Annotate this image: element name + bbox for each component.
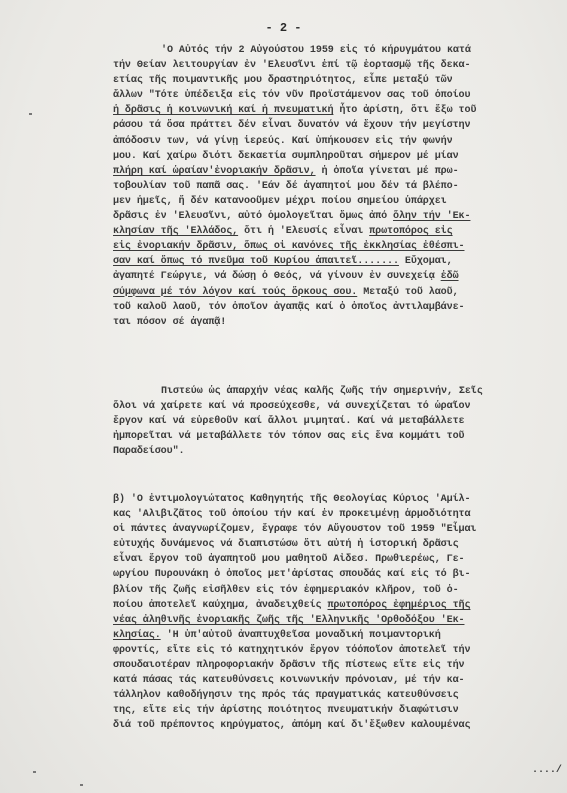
text-line: εἶναι ἔργον τοῦ ἀγαπητοῦ μου μαθητοῦ Αἰδ… [113, 552, 567, 567]
text-segment: Παραδείσου". [113, 446, 185, 457]
paragraph-1: 'Ο Αὐτός τήν 2 Αὐγούστου 1959 εἰς τό κήρ… [113, 43, 567, 330]
text-segment: ἔργον καί νά εὑρεθοῦν καί ἄλλοι μιμηταί.… [113, 416, 464, 427]
text-line: δρᾶσις ἐν 'Ελευσῖνι, αὐτό ὁμολογεῖται ὅμ… [113, 209, 567, 224]
underlined-text: πλήρη καί ὡραίαν'ἐνοριακήν δρᾶσιν, [113, 166, 316, 177]
text-segment: ὅλοι νά χαίρετε καί νά προσεύχεσθε, νά σ… [113, 401, 470, 412]
text-line: ἔργον καί νά εὑρεθοῦν καί ἄλλοι μιμηταί.… [113, 414, 567, 429]
text-line: ποίου ἀποτελεῖ καύχημα, ἀναδειχθείς πρωτ… [113, 598, 567, 613]
text-line: μου. Καί χαίρω διότι δεκαετία συμπληροῦτ… [113, 149, 567, 164]
continuation-mark: ..../ [532, 765, 567, 776]
text-line: τοῦ καλοῦ λαοῦ, τόν ὁποῖον ἀγαπᾷς καί ὁ … [113, 300, 567, 315]
underlined-text: ὅλην τήν 'Εκ- [393, 211, 470, 222]
text-segment: ἄλλων "Τότε ὑπέδειξα εἰς τόν νῦν Προϊστά… [113, 90, 470, 101]
paragraph-3: β) 'Ο ἐντιμολογιώτατος Καθηγητής τῆς Θεο… [113, 492, 567, 734]
text-segment: ράσου τά ὅσα πράττει δέν εἶναι δυνατόν ν… [113, 120, 470, 131]
underlined-text: πρωτοπόρος ἐφημέριος τῆς [327, 600, 470, 611]
text-line: Παραδείσου". [113, 444, 567, 459]
text-segment: Εὔχομαι, [399, 256, 453, 267]
text-segment: ωργίου Πυρουνάκη ὁ ὁποῖος μετ'ἀρίστας σπ… [113, 569, 470, 580]
text-segment: εἶναι ἔργον τοῦ ἀγαπητοῦ μου μαθητοῦ Αἰδ… [113, 554, 464, 565]
text-line: βλίον τῆς ζωῆς εἰσῆλθεν εἰς τόν ἐφημερια… [113, 583, 567, 598]
underlined-text: νέας ἀληθινῆς ἐνοριακῆς ζωῆς τῆς 'Ελληνι… [113, 615, 464, 626]
text-line: ται πόσον σέ ἀγαπᾷ! [113, 315, 567, 330]
text-segment: σπουδαιοτέραν πληροφοριακήν δρᾶσιν τῆς π… [113, 660, 464, 671]
text-line: κατά πάσας τάς κατευθύνσεις κοινωνικήν π… [113, 673, 567, 688]
text-segment: 'Η ὑπ'αὐτοῦ ἀναπτυχθεῖσα μοναδική ποιμαν… [161, 630, 441, 641]
text-segment: φροντίς, εἴτε εἰς τό κατηχητικόν ἔργον τ… [113, 645, 470, 656]
underlined-text: πρωτοπόρος εἰς [369, 226, 452, 237]
text-line: Πιστεύω ὡς ἀπαρχήν νέας καλῆς ζωῆς τήν σ… [113, 384, 567, 399]
text-line: ράσου τά ὅσα πράττει δέν εἶναι δυνατόν ν… [113, 118, 567, 133]
text-segment: ἀπόδοσιν των, νά γίνῃ ἱερεύς. Καί ὑπήκου… [113, 136, 453, 147]
text-segment: της, εἴτε εἰς τήν ἀρίστης ποιότητος πνευ… [113, 705, 459, 716]
text-segment: ἦτο ἀρίστη, ὅτι ἔξω τοῦ [333, 105, 476, 116]
underlined-text: κλησίαν τῆς 'Ελλάδος, [113, 226, 238, 237]
text-segment: 'Ο Αὐτός τήν 2 Αὐγούστου 1959 εἰς τό κήρ… [161, 45, 471, 56]
text-segment: τοβουλίαν τοῦ παπᾶ σας. 'Εάν δέ ἀγαπητοί… [113, 181, 459, 192]
text-segment: δρᾶσις ἐν 'Ελευσῖνι, αὐτό ὁμολογεῖται ὅμ… [113, 211, 393, 222]
text-segment: κατά πάσας τάς κατευθύνσεις κοινωνικήν π… [113, 675, 464, 686]
text-segment: ται πόσον σέ ἀγαπᾷ! [113, 317, 226, 328]
text-segment: ὅτι ἡ 'Ελευσίς εἶναι [238, 226, 369, 237]
text-line: κλησίας. 'Η ὑπ'αὐτοῦ ἀναπτυχθεῖσα μοναδι… [113, 628, 567, 643]
text-line: 'Ο Αὐτός τήν 2 Αὐγούστου 1959 εἰς τό κήρ… [113, 43, 567, 58]
text-line: ὅλοι νά χαίρετε καί νά προσεύχεσθε, νά σ… [113, 399, 567, 414]
text-line: εὐτυχής δυνάμενος νά διαπιστώσω ὅτι αὐτή… [113, 537, 567, 552]
text-segment: ἀγαπητέ Γεώργιε, νά δώσῃ ὁ Θεός, νά γίνο… [113, 271, 441, 282]
text-line: εἰς ἐνοριακήν δρᾶσιν, ὅπως οἱ κανόνες τῆ… [113, 239, 567, 254]
text-segment: β) 'Ο ἐντιμολογιώτατος Καθηγητής τῆς Θεο… [113, 494, 470, 505]
text-line: ἀπόδοσιν των, νά γίνῃ ἱερεύς. Καί ὑπήκου… [113, 134, 567, 149]
text-line: μεν ἡμεῖς, ἤ δέν κατανοοῦμεν μέχρι ποίου… [113, 194, 567, 209]
text-segment: ἠμπορεῖται νά μεταβάλλετε τόν τόπον σας … [113, 431, 464, 442]
page-number: - 2 - [0, 21, 567, 35]
text-segment: βλίον τῆς ζωῆς εἰσῆλθεν εἰς τόν ἐφημερια… [113, 585, 459, 596]
text-segment: εὐτυχής δυνάμενος νά διαπιστώσω ὅτι αὐτή… [113, 539, 459, 550]
text-segment: τήν Θείαν λειτουργίαν ἐν 'Ελευσῖνι ἐπί τ… [113, 60, 470, 71]
paragraph-2: Πιστεύω ὡς ἀπαρχήν νέας καλῆς ζωῆς τήν σ… [113, 384, 567, 459]
text-segment: μεν ἡμεῖς, ἤ δέν κατανοοῦμεν μέχρι ποίου… [113, 196, 447, 207]
text-line: κας 'Αλιβιζᾶτος τοῦ ὁποίου τήν καί ἐν πρ… [113, 507, 567, 522]
text-line: σαν καί ὅπως τό πνεῦμα τοῦ Κυρίου ἀπαιτε… [113, 254, 567, 269]
text-segment: τάλληλον καθοδήγησιν της πρός τάς πραγμα… [113, 690, 459, 701]
text-line: νέας ἀληθινῆς ἐνοριακῆς ζωῆς τῆς 'Ελληνι… [113, 613, 567, 628]
text-line: β) 'Ο ἐντιμολογιώτατος Καθηγητής τῆς Θεο… [113, 492, 567, 507]
text-line: τάλληλον καθοδήγησιν της πρός τάς πραγμα… [113, 688, 567, 703]
text-line: σπουδαιοτέραν πληροφοριακήν δρᾶσιν τῆς π… [113, 658, 567, 673]
text-segment: Μεταξύ τοῦ λαοῦ, [357, 287, 458, 298]
text-segment: ποίου ἀποτελεῖ καύχημα, ἀναδειχθείς [113, 600, 327, 611]
text-line: ἠμπορεῖται νά μεταβάλλετε τόν τόπον σας … [113, 429, 567, 444]
text-line: ωργίου Πυρουνάκη ὁ ὁποῖος μετ'ἀρίστας σπ… [113, 567, 567, 582]
text-line: της, εἴτε εἰς τήν ἀρίστης ποιότητος πνευ… [113, 703, 567, 718]
text-segment: κας 'Αλιβιζᾶτος τοῦ ὁποίου τήν καί ἐν πρ… [113, 509, 470, 520]
text-line: ετίας τῆς ποιμαντικῆς μου δραστηριότητος… [113, 73, 567, 88]
text-segment: ετίας τῆς ποιμαντικῆς μου δραστηριότητος… [113, 75, 453, 86]
text-line: σύμφωνα μέ τόν λόγον καί τούς ὅρκους σου… [113, 285, 567, 300]
underlined-text: κλησίας. [113, 630, 161, 641]
text-line: τοβουλίαν τοῦ παπᾶ σας. 'Εάν δέ ἀγαπητοί… [113, 179, 567, 194]
document-page: - 2 - 'Ο Αὐτός τήν 2 Αὐγούστου 1959 εἰς … [0, 0, 567, 793]
text-segment: μου. Καί χαίρω διότι δεκαετία συμπληροῦτ… [113, 151, 459, 162]
underlined-text: σαν καί ὅπως τό πνεῦμα τοῦ Κυρίου ἀπαιτε… [113, 256, 399, 267]
text-line: οἱ πάντες ἀναγνωρίζομεν, ἔγραφε τόν Αὔγο… [113, 522, 567, 537]
underlined-text: ἡ δρᾶσις ἡ κοινωνική καί ἡ πνευματική [113, 105, 333, 116]
text-segment: οἱ πάντες ἀναγνωρίζομεν, ἔγραφε τόν Αὔγο… [113, 524, 476, 535]
underlined-text: εἰς ἐνοριακήν δρᾶσιν, ὅπως οἱ κανόνες τῆ… [113, 241, 464, 252]
scan-speck [29, 113, 32, 115]
text-line: διά τοῦ πρέποντος κηρύγματος, ἀπόμη καί … [113, 718, 567, 733]
scan-speck [33, 771, 36, 773]
text-segment: τοῦ καλοῦ λαοῦ, τόν ὁποῖον ἀγαπᾷς καί ὁ … [113, 302, 464, 313]
text-line: φροντίς, εἴτε εἰς τό κατηχητικόν ἔργον τ… [113, 643, 567, 658]
text-line: ἡ δρᾶσις ἡ κοινωνική καί ἡ πνευματική ἦτ… [113, 103, 567, 118]
text-line: τήν Θείαν λειτουργίαν ἐν 'Ελευσῖνι ἐπί τ… [113, 58, 567, 73]
text-line: πλήρη καί ὡραίαν'ἐνοριακήν δρᾶσιν, ἡ ὁπο… [113, 164, 567, 179]
underlined-text: σύμφωνα μέ τόν λόγον καί τούς ὅρκους σου… [113, 287, 357, 298]
text-line: κλησίαν τῆς 'Ελλάδος, ὅτι ἡ 'Ελευσίς εἶν… [113, 224, 567, 239]
text-segment: διά τοῦ πρέποντος κηρύγματος, ἀπόμη καί … [113, 720, 470, 731]
text-segment: ἡ ὁποῖα γίνεται μέ πρω- [316, 166, 459, 177]
scan-speck [80, 784, 83, 786]
underlined-text: ἐδῶ [441, 271, 459, 282]
text-line: ἀγαπητέ Γεώργιε, νά δώσῃ ὁ Θεός, νά γίνο… [113, 269, 567, 284]
text-segment: Πιστεύω ὡς ἀπαρχήν νέας καλῆς ζωῆς τήν σ… [161, 386, 483, 397]
text-line: ἄλλων "Τότε ὑπέδειξα εἰς τόν νῦν Προϊστά… [113, 88, 567, 103]
